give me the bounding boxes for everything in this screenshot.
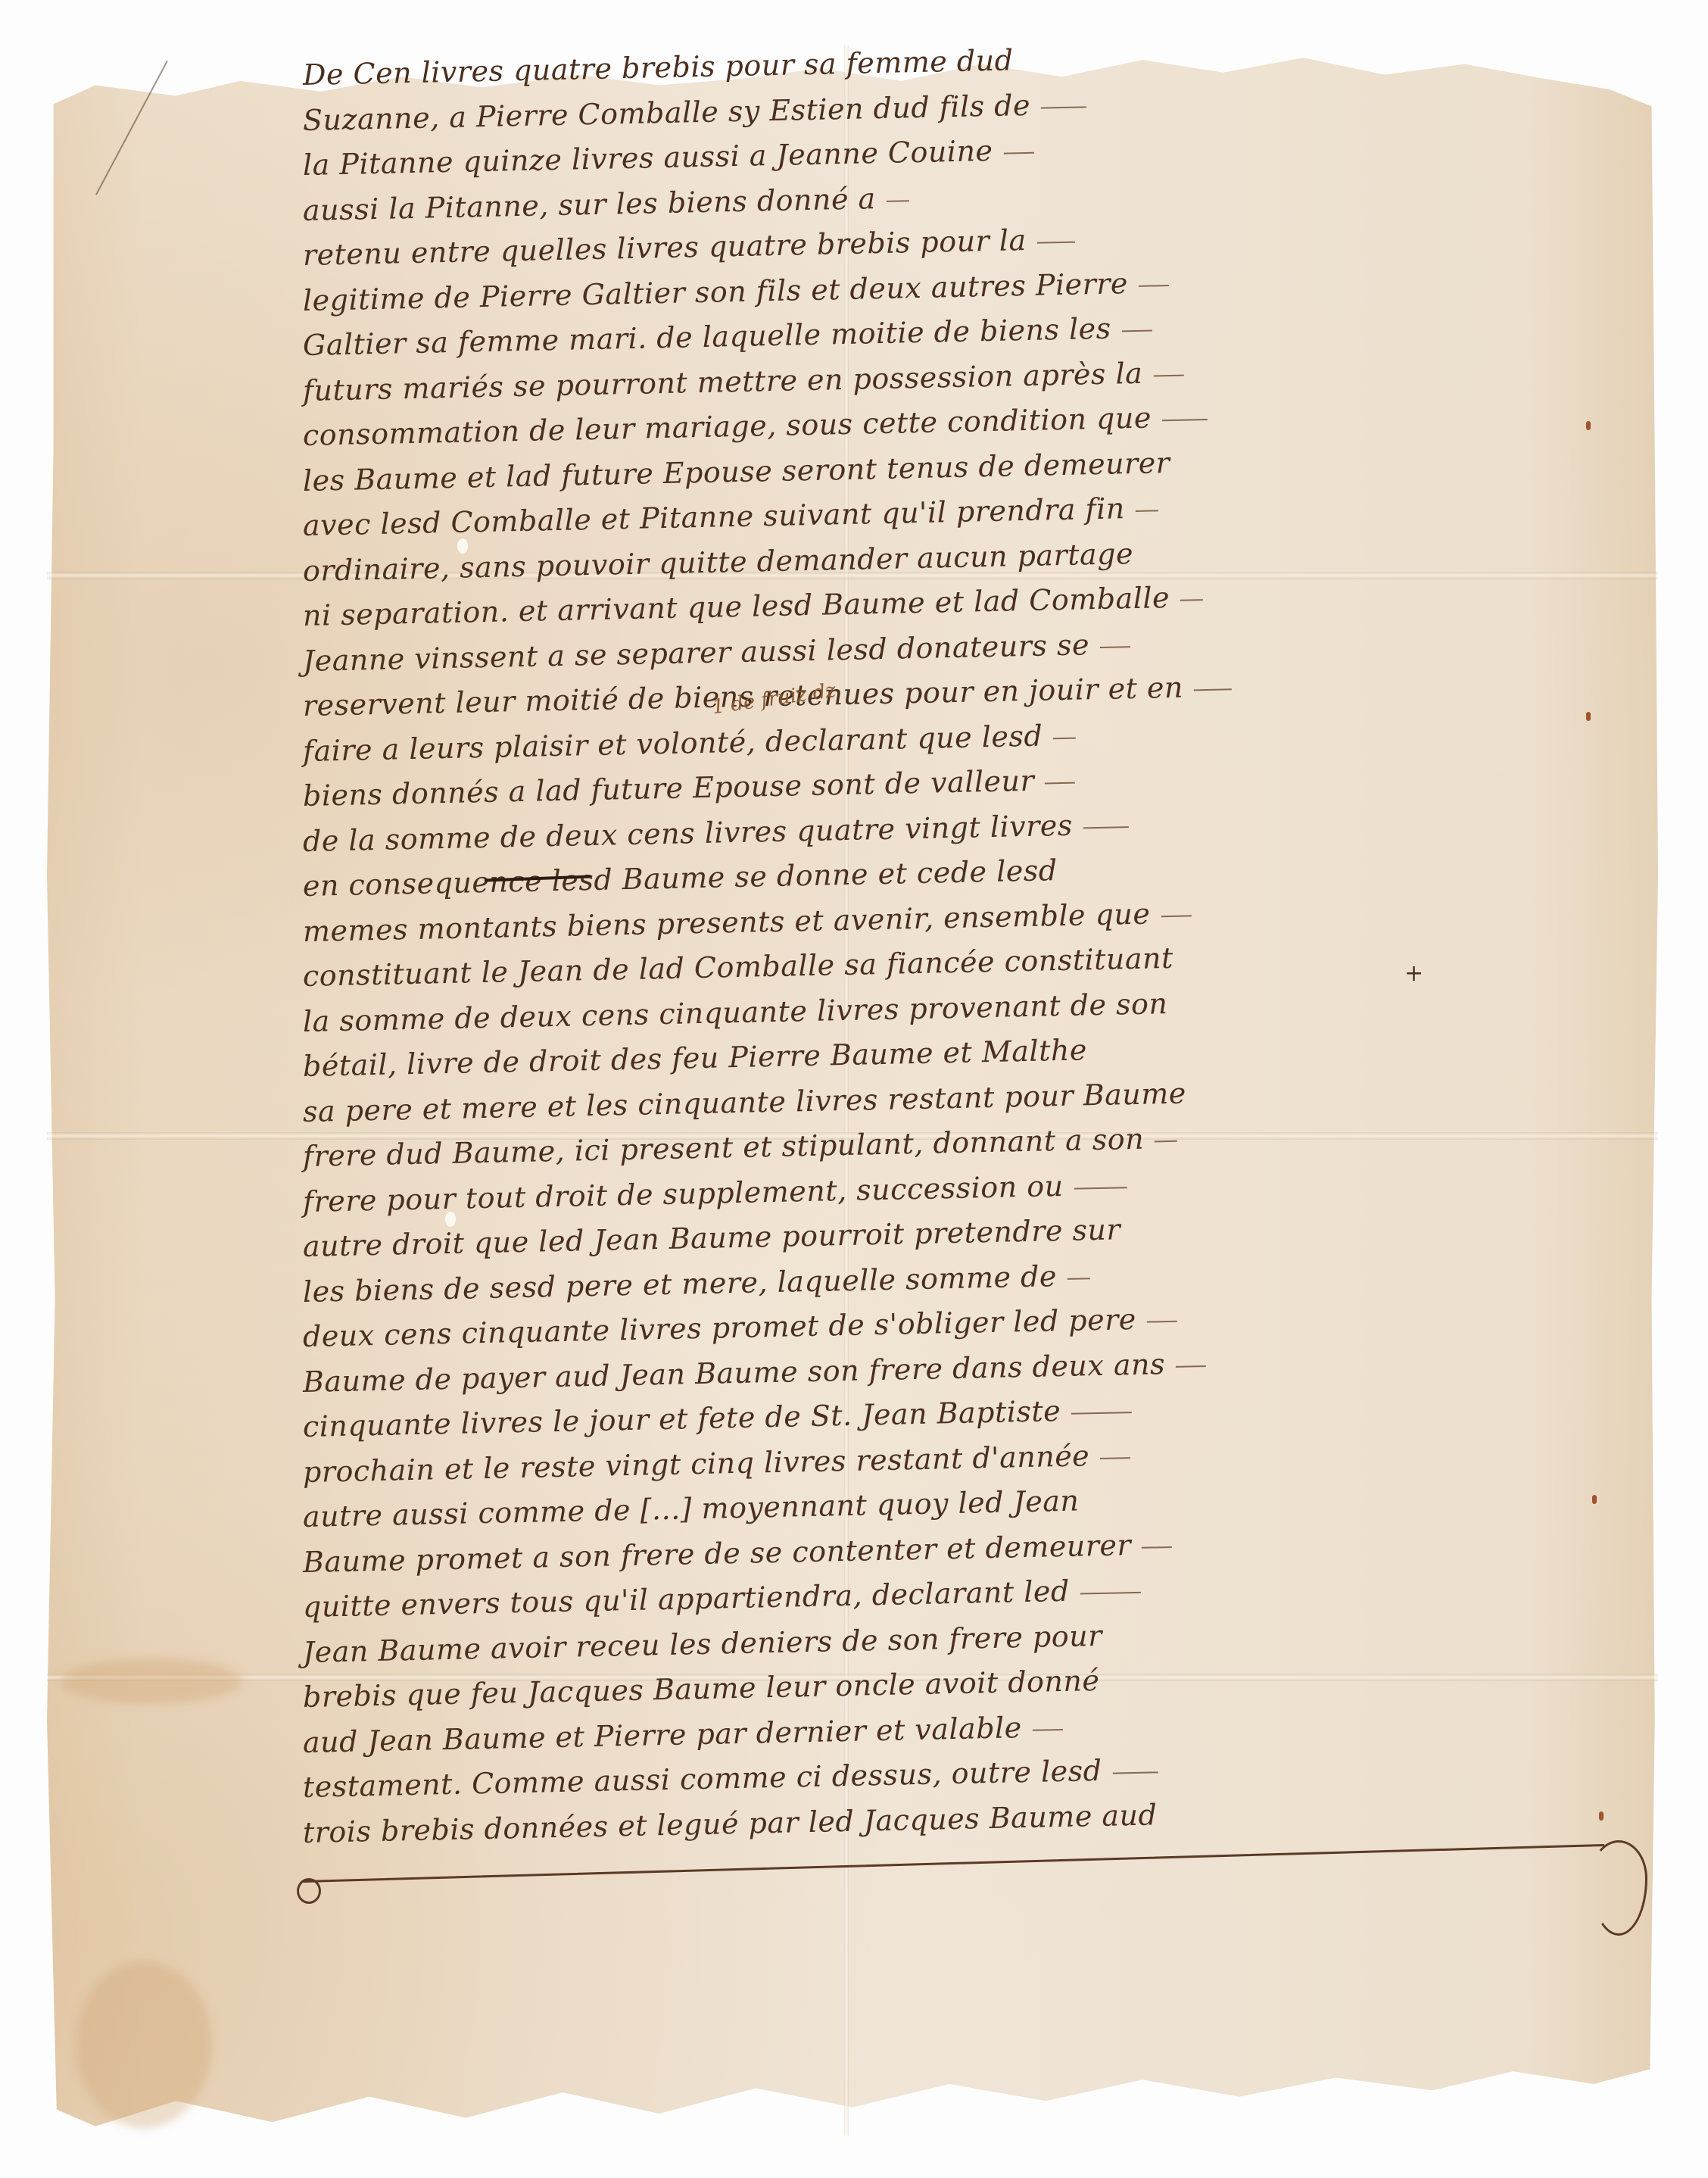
water-stain bbox=[61, 1658, 242, 1704]
insertion-cross-mark: + bbox=[1404, 960, 1423, 987]
manuscript-text: De Cen livres quatre brebis pour sa femm… bbox=[303, 53, 1650, 1855]
water-stain bbox=[76, 1961, 212, 2128]
